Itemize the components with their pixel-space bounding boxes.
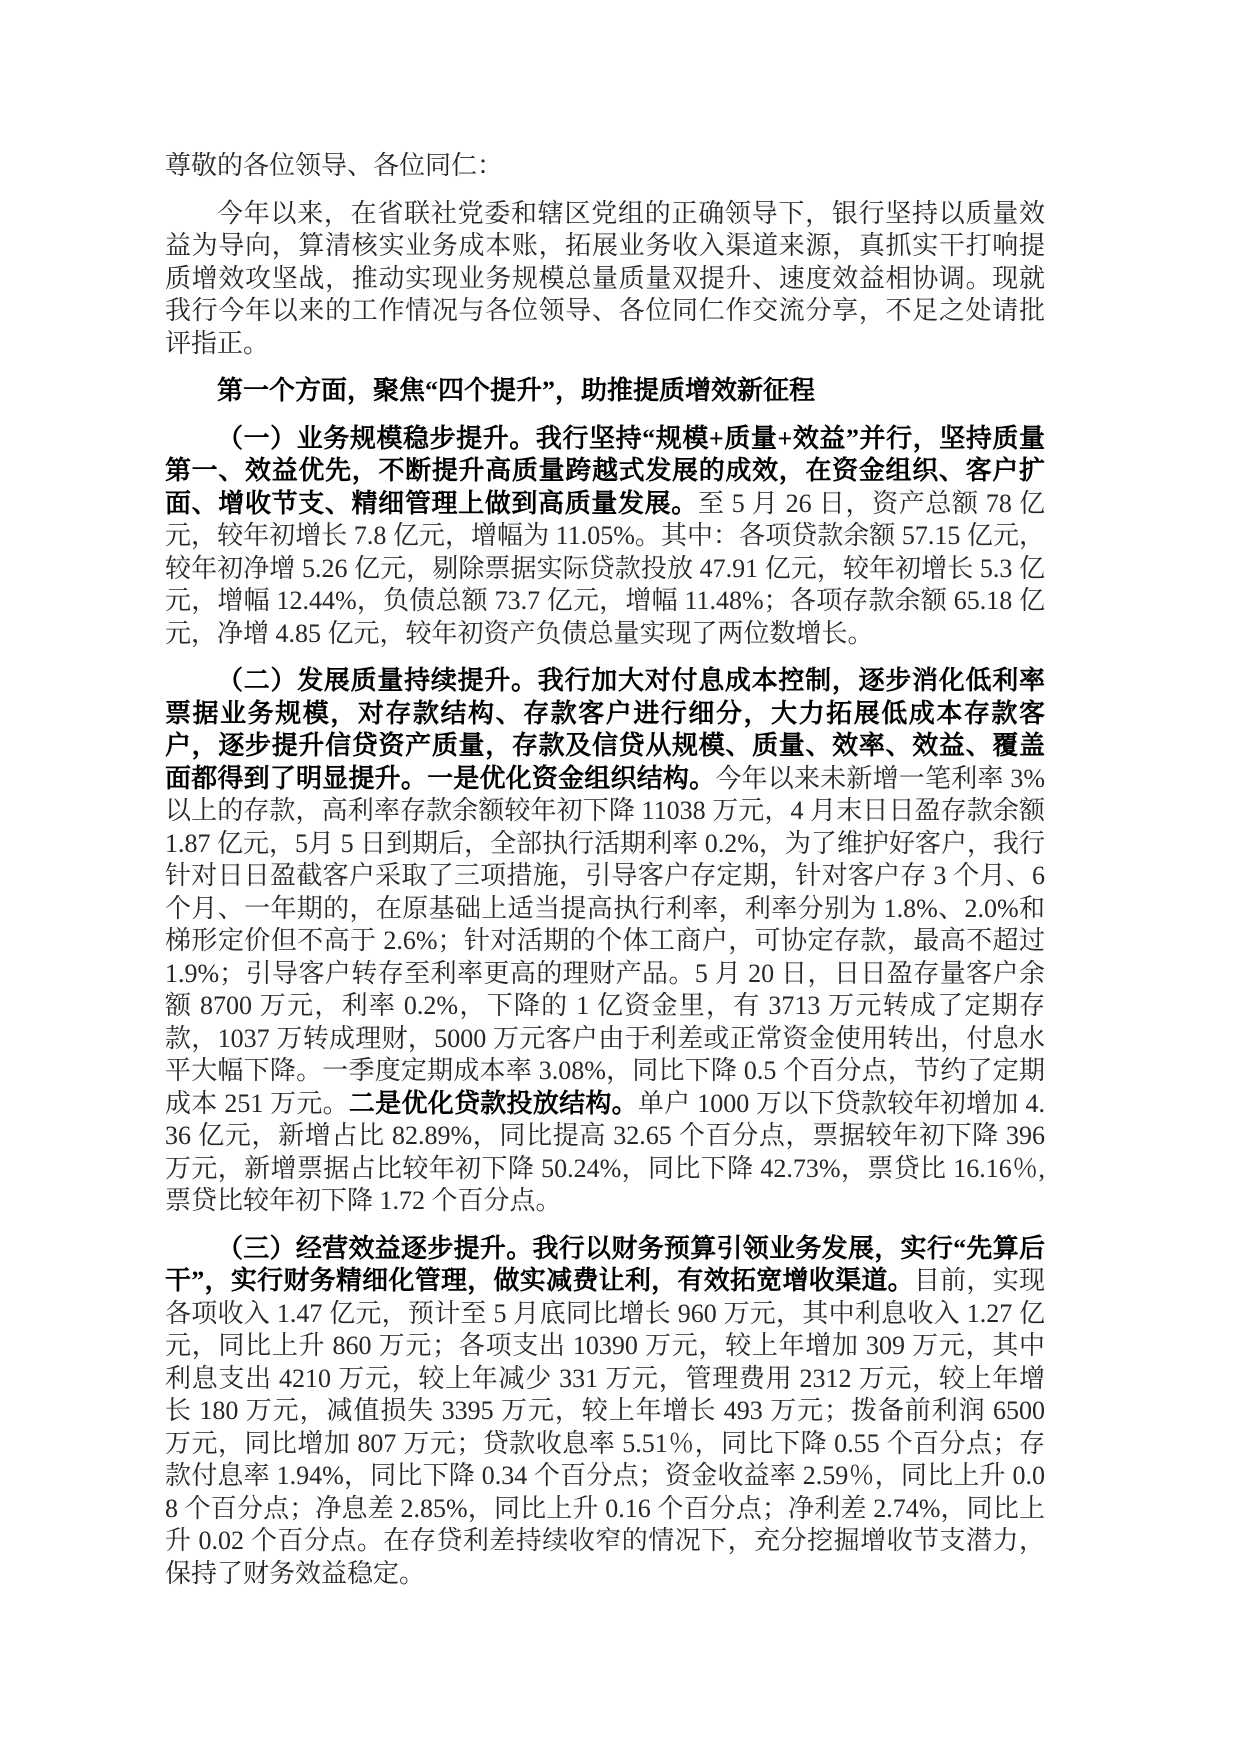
- section-heading: 第一个方面，聚焦“四个提升”，助推提质增效新征程: [165, 375, 1045, 408]
- section-2-paragraph: （二）发展质量持续提升。我行加大对付息成本控制，逐步消化低利率票据业务规模，对存…: [165, 665, 1045, 1218]
- section-3-paragraph: （三）经营效益逐步提升。我行以财务预算引领业务发展，实行“先算后干”，实行财务精…: [165, 1233, 1045, 1591]
- document-content: 尊敬的各位领导、各位同仁：今年以来，在省联社党委和辖区党组的正确领导下，银行坚持…: [0, 0, 1240, 1590]
- text-run: 今年以来未新增一笔利率 3%以上的存款，高利率存款余额较年初下降 11038 万…: [165, 764, 1045, 1118]
- section-1-paragraph: （一）业务规模稳步提升。我行坚持“规模+质量+效益”并行，坚持质量第一、效益优先…: [165, 423, 1045, 651]
- text-run: 尊敬的各位领导、各位同仁：: [165, 151, 503, 180]
- document-page: 尊敬的各位领导、各位同仁：今年以来，在省联社党委和辖区党组的正确领导下，银行坚持…: [0, 0, 1240, 1754]
- bold-text-run: 二是优化贷款投放结构。: [349, 1089, 638, 1118]
- text-run: 目前，实现各项收入 1.47 亿元，预计至 5 月底同比增长 960 万元，其中…: [165, 1266, 1045, 1588]
- bold-text-run: 第一个方面，聚焦“四个提升”，助推提质增效新征程: [217, 376, 815, 405]
- salutation: 尊敬的各位领导、各位同仁：: [165, 150, 1045, 183]
- intro-paragraph: 今年以来，在省联社党委和辖区党组的正确领导下，银行坚持以质量效益为导向，算清核实…: [165, 198, 1045, 361]
- text-run: 今年以来，在省联社党委和辖区党组的正确领导下，银行坚持以质量效益为导向，算清核实…: [165, 199, 1045, 358]
